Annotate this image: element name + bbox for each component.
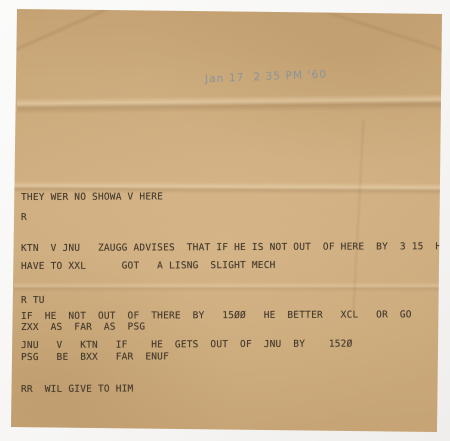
aged-paper-sheet: Jan 17 2 35 PM '60 THEY WER NO SHOWA V H…: [0, 0, 450, 441]
typed-line: THEY WER NO SHOWA V HERE: [21, 191, 163, 203]
typed-line: HAVE TO XXL GOT A LISNG SLIGHT MECH: [21, 260, 276, 272]
typed-line: JNU V KTN IF HE GETS OUT OF JNU BY 152Ø: [21, 339, 353, 351]
paper-fold-crease: [14, 282, 442, 292]
typed-line: PSG BE BXX FAR ENUF: [21, 351, 169, 363]
paper-wrinkle: [0, 0, 173, 64]
typed-line: KTN V JNU ZAUGG ADVISES THAT IF HE IS NO…: [21, 241, 447, 254]
date-time-stamp: Jan 17 2 35 PM '60: [205, 69, 328, 86]
typed-line: R: [21, 212, 27, 223]
paper-wrinkle: [351, 120, 366, 310]
scanned-telegram-document: Jan 17 2 35 PM '60 THEY WER NO SHOWA V H…: [0, 0, 450, 441]
typed-line: RR WIL GIVE TO HIM: [21, 384, 134, 395]
paper-fold-crease: [17, 94, 442, 114]
typed-line: R TU: [21, 295, 45, 306]
typed-line: ZXX AS FAR AS PSG: [21, 321, 145, 333]
paper-wrinkle: [294, 0, 450, 63]
typed-line: IF HE NOT OUT OF THERE BY 15ØØ HE BETTER…: [21, 309, 412, 322]
